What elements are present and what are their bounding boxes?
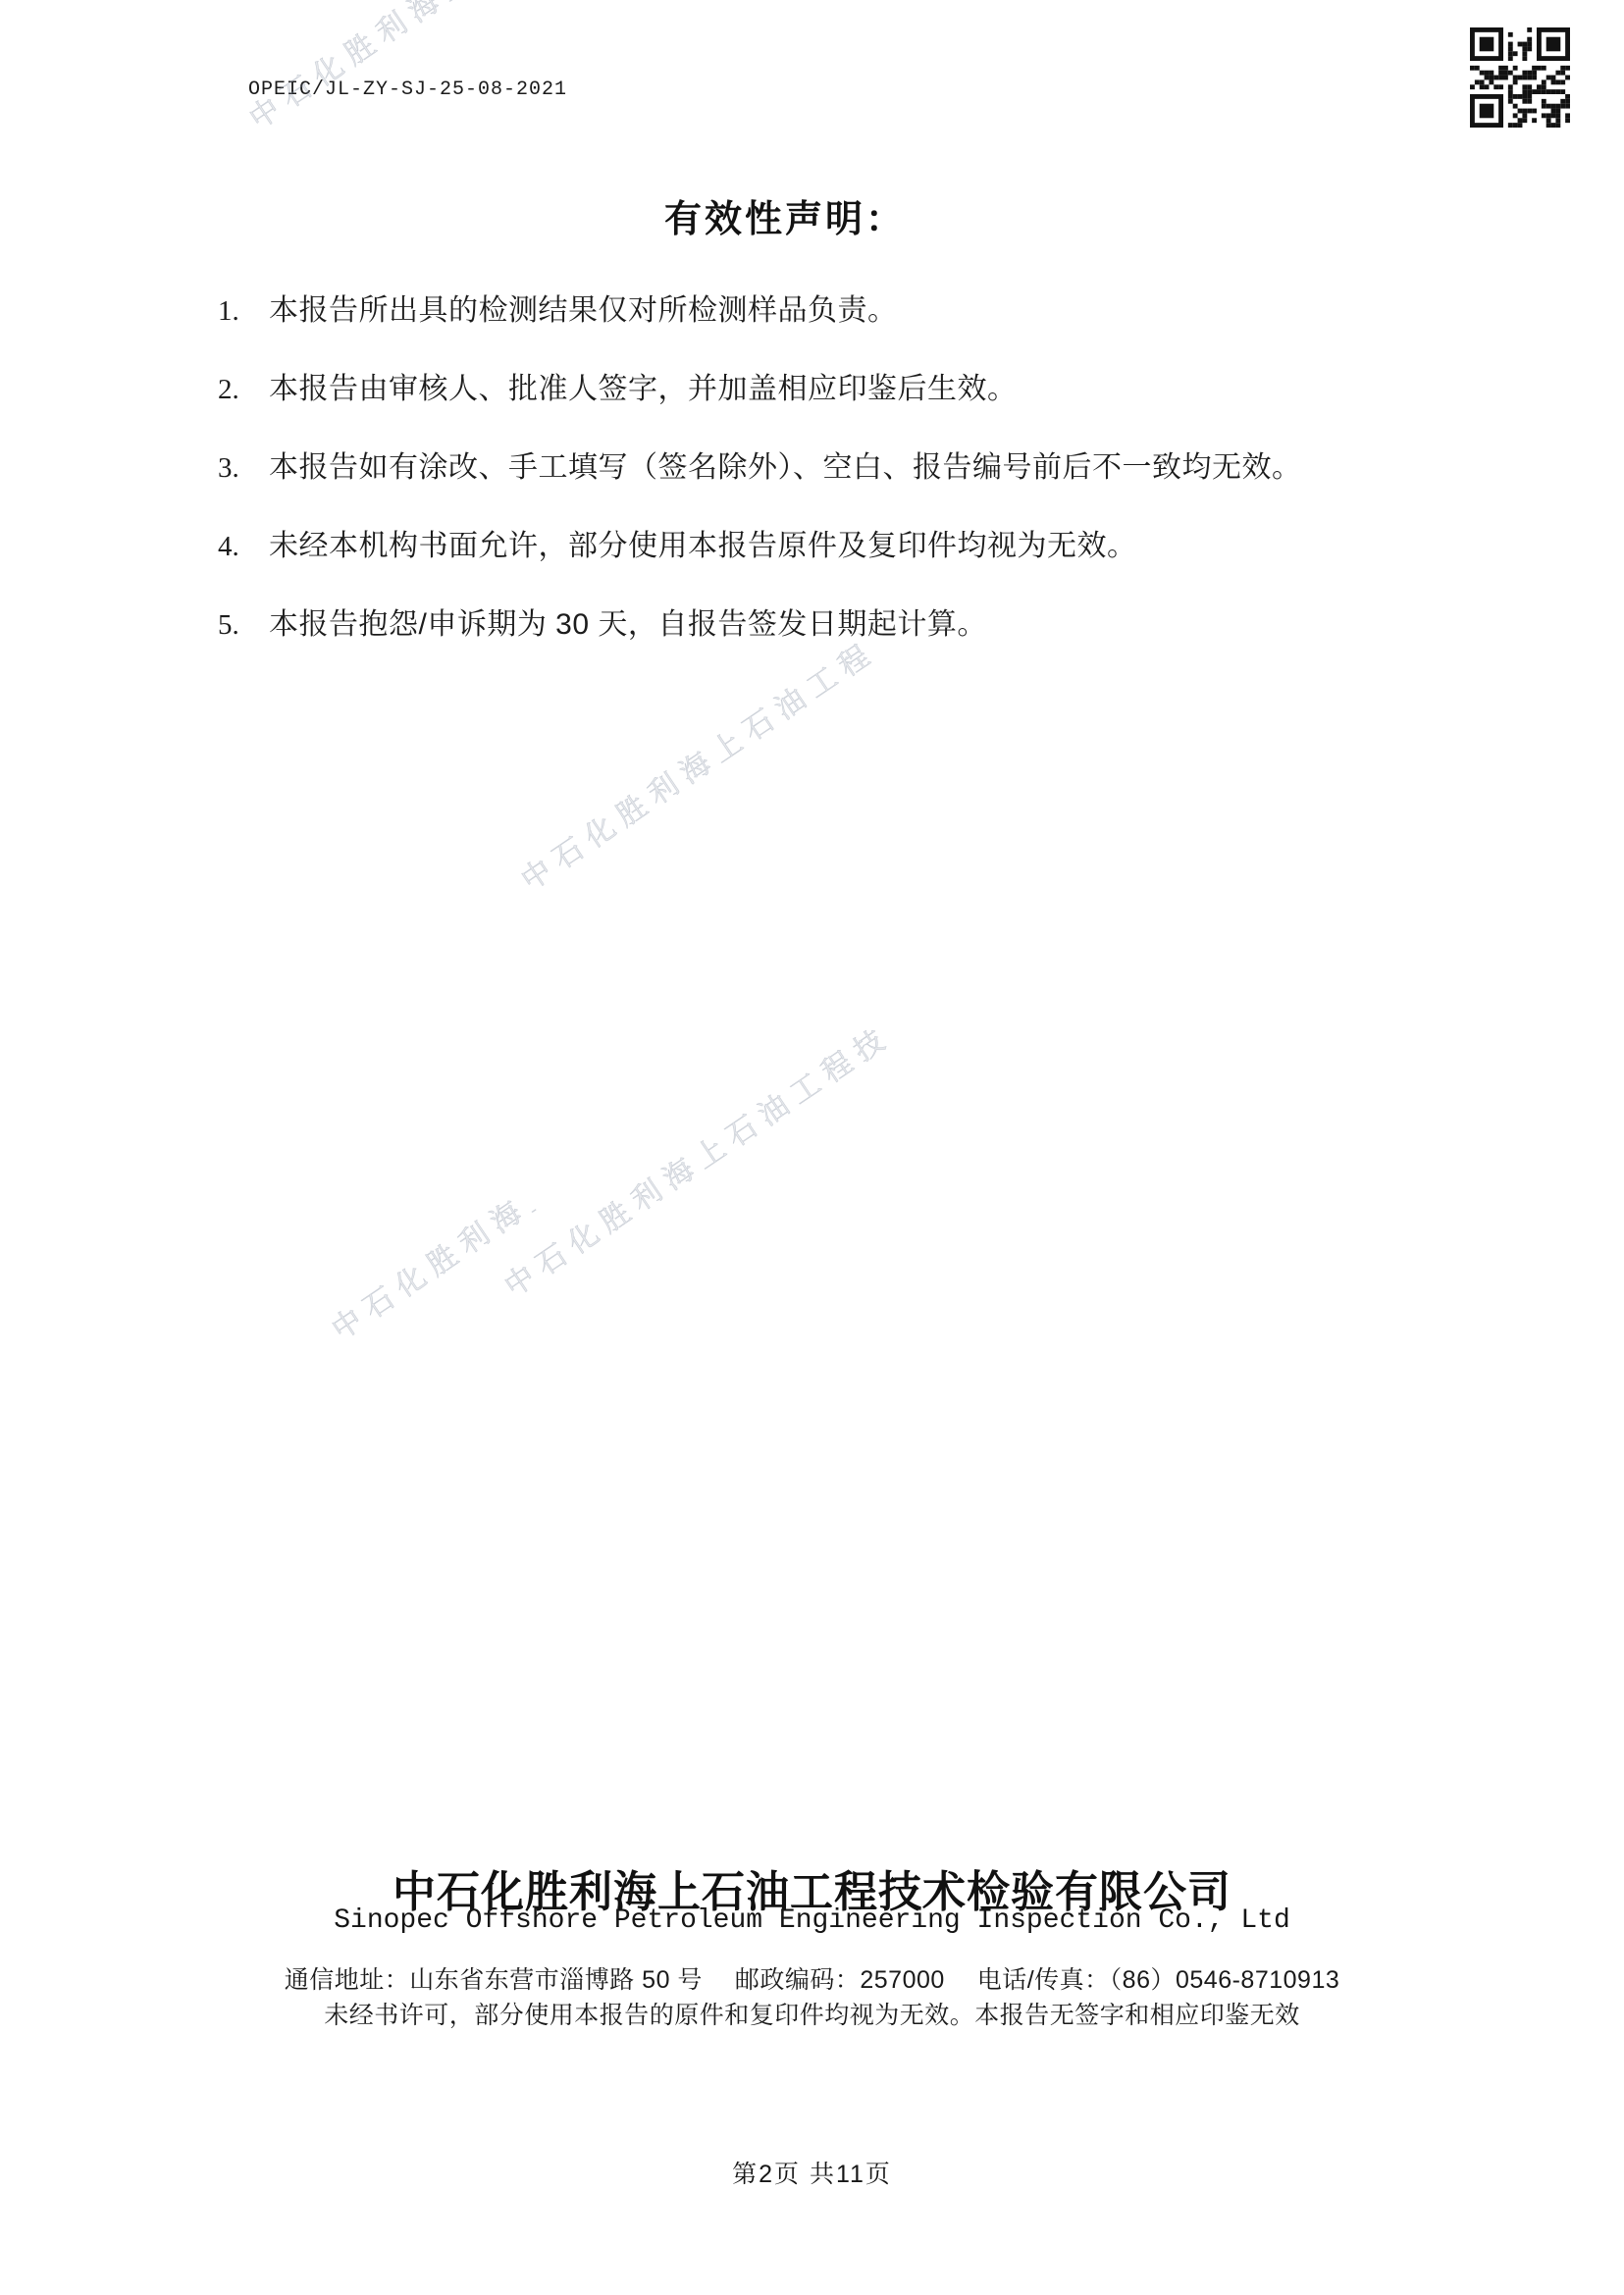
page-title: 有效性声明： (0, 188, 1570, 242)
statement-text: 本报告抱怨/申诉期为 30 天，自报告签发日期起计算。 (269, 604, 987, 646)
page-indicator: 第2页 共11页 (0, 2155, 1624, 2190)
statement-number: 4. (218, 526, 257, 567)
statement-number: 5. (218, 604, 257, 646)
statement-number: 2. (218, 369, 257, 410)
statement-item: 3. 本报告如有涂改、手工填写（签名除外）、空白、报告编号前后不一致均无效。 (218, 447, 1302, 489)
watermark: 中石化胜利海上石油工程技术检验有限公司 (321, 1180, 541, 1348)
statement-text: 本报告所出具的检测结果仅对所检测样品负责。 (269, 290, 898, 332)
statement-text: 未经本机构书面允许，部分使用本报告原件及复印件均视为无效。 (269, 526, 1137, 567)
statement-number: 1. (218, 290, 257, 332)
statement-text: 本报告由审核人、批准人签字，并加盖相应印鉴后生效。 (269, 369, 1018, 410)
statement-item: 1. 本报告所出具的检测结果仅对所检测样品负责。 (218, 290, 1302, 332)
statement-item: 4. 未经本机构书面允许，部分使用本报告原件及复印件均视为无效。 (218, 526, 1302, 567)
watermark: 中石化胜利海上石油工程技术检验有限公司 (510, 633, 876, 899)
document-number: OPEIC/JL-ZY-SJ-25-08-2021 (248, 78, 567, 101)
watermark: 中石化胜利海上石油工程技术检验有限公司 (238, 0, 506, 137)
company-contact-line: 通信地址：山东省东营市淄博路 50 号 邮政编码：257000 电话/传真：（8… (0, 1960, 1624, 1996)
qr-code-icon (1470, 27, 1570, 128)
report-page: OPEIC/JL-ZY-SJ-25-08-2021 中石化胜利海上石油工程技术检… (0, 0, 1624, 2295)
company-name-en: Sinopec Offshore Petroleum Engineering I… (0, 1905, 1624, 1936)
statement-number: 3. (218, 447, 257, 489)
statement-item: 2. 本报告由审核人、批准人签字，并加盖相应印鉴后生效。 (218, 369, 1302, 410)
statement-item: 5. 本报告抱怨/申诉期为 30 天，自报告签发日期起计算。 (218, 604, 1302, 646)
validity-statement-list: 1. 本报告所出具的检测结果仅对所检测样品负责。 2. 本报告由审核人、批准人签… (218, 290, 1302, 646)
watermark: 中石化胜利海上石油工程技术检验有限公司 (494, 1017, 892, 1305)
statement-text: 本报告如有涂改、手工填写（签名除外）、空白、报告编号前后不一致均无效。 (269, 447, 1302, 489)
copy-invalid-notice: 未经书许可，部分使用本报告的原件和复印件均视为无效。本报告无签字和相应印鉴无效 (0, 1996, 1624, 2031)
